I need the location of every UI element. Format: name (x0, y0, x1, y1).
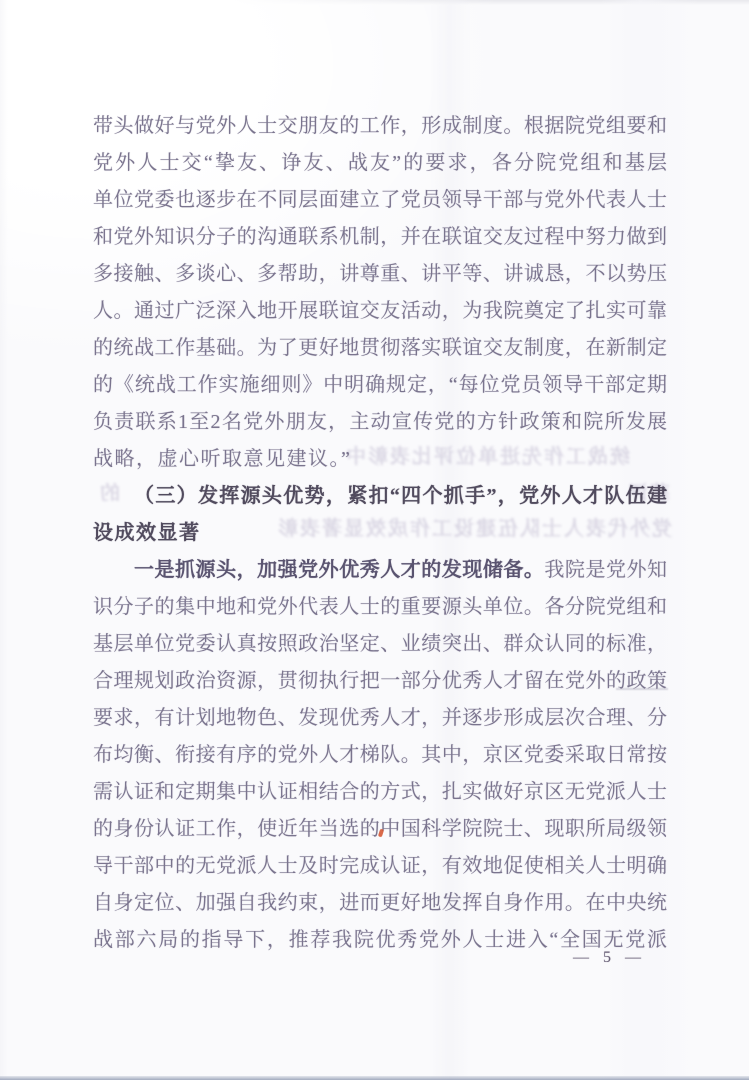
text-segment: 我院是党外知 (544, 559, 667, 581)
text-line: 需认证和定期集中认证相结合的方式，扎实做好京区无党派人士 (93, 774, 667, 811)
text-line: 人。通过广泛深入地开展联谊交友活动，为我院奠定了扎实可靠 (93, 293, 667, 330)
text-line: 负责联系1至2名党外朋友，主动宣传党的方针政策和院所发展 (93, 404, 667, 441)
text-line: 导干部中的无党派人士及时完成认证，有效地促使相关人士明确 (93, 848, 667, 885)
section-heading-line: 设成效显著 (93, 515, 667, 552)
scan-bottom-edge (0, 1076, 749, 1080)
scanned-document-page: 统战工作先进单位评比表彰中 获评 党外代表人士队伍建设工作成效显著表彰 的 带头… (0, 0, 749, 1080)
page-number: — 5 — (573, 949, 646, 967)
text-line: 的《统战工作实施细则》中明确规定，“每位党员领导干部定期 (93, 367, 667, 404)
text-line: 要求，有计划地物色、发现优秀人才，并逐步形成层次合理、分 (93, 700, 667, 737)
faint-scratch-mark (616, 688, 668, 690)
text-line: 自身定位、加强自我约束，进而更好地发挥自身作用。在中央统 (93, 885, 667, 922)
text-line: 战略，虚心听取意见建议。” (93, 441, 667, 478)
text-line: 布均衡、衔接有序的党外人才梯队。其中，京区党委采取日常按 (93, 737, 667, 774)
text-line: 单位党委也逐步在不同层面建立了党员领导干部与党外代表人士 (93, 182, 667, 219)
text-line: 带头做好与党外人士交朋友的工作，形成制度。根据院党组要和 (93, 108, 667, 145)
text-line: 识分子的集中地和党外代表人士的重要源头单位。各分院党组和 (93, 589, 667, 626)
text-line: 多接触、多谈心、多帮助，讲尊重、讲平等、讲诚恳，不以势压 (93, 256, 667, 293)
text-line: 合理规划政治资源，贯彻执行把一部分优秀人才留在党外的政策 (93, 663, 667, 700)
text-line: 和党外知识分子的沟通联系机制，并在联谊交友过程中努力做到 (93, 219, 667, 256)
text-line: 一是抓源头，加强党外优秀人才的发现储备。我院是党外知 (93, 552, 667, 589)
paragraph-lead-bold: 一是抓源头，加强党外优秀人才的发现储备。 (134, 559, 544, 581)
text-line: 基层单位党委认真按照政治坚定、业绩突出、群众认同的标准， (93, 626, 667, 663)
text-line: 的统战工作基础。为了更好地贯彻落实联谊交友制度，在新制定 (93, 330, 667, 367)
section-heading-line: （三）发挥源头优势，紧扣“四个抓手”，党外人才队伍建 (93, 478, 667, 515)
text-line: 党外人士交“挚友、诤友、战友”的要求，各分院党组和基层 (93, 145, 667, 182)
